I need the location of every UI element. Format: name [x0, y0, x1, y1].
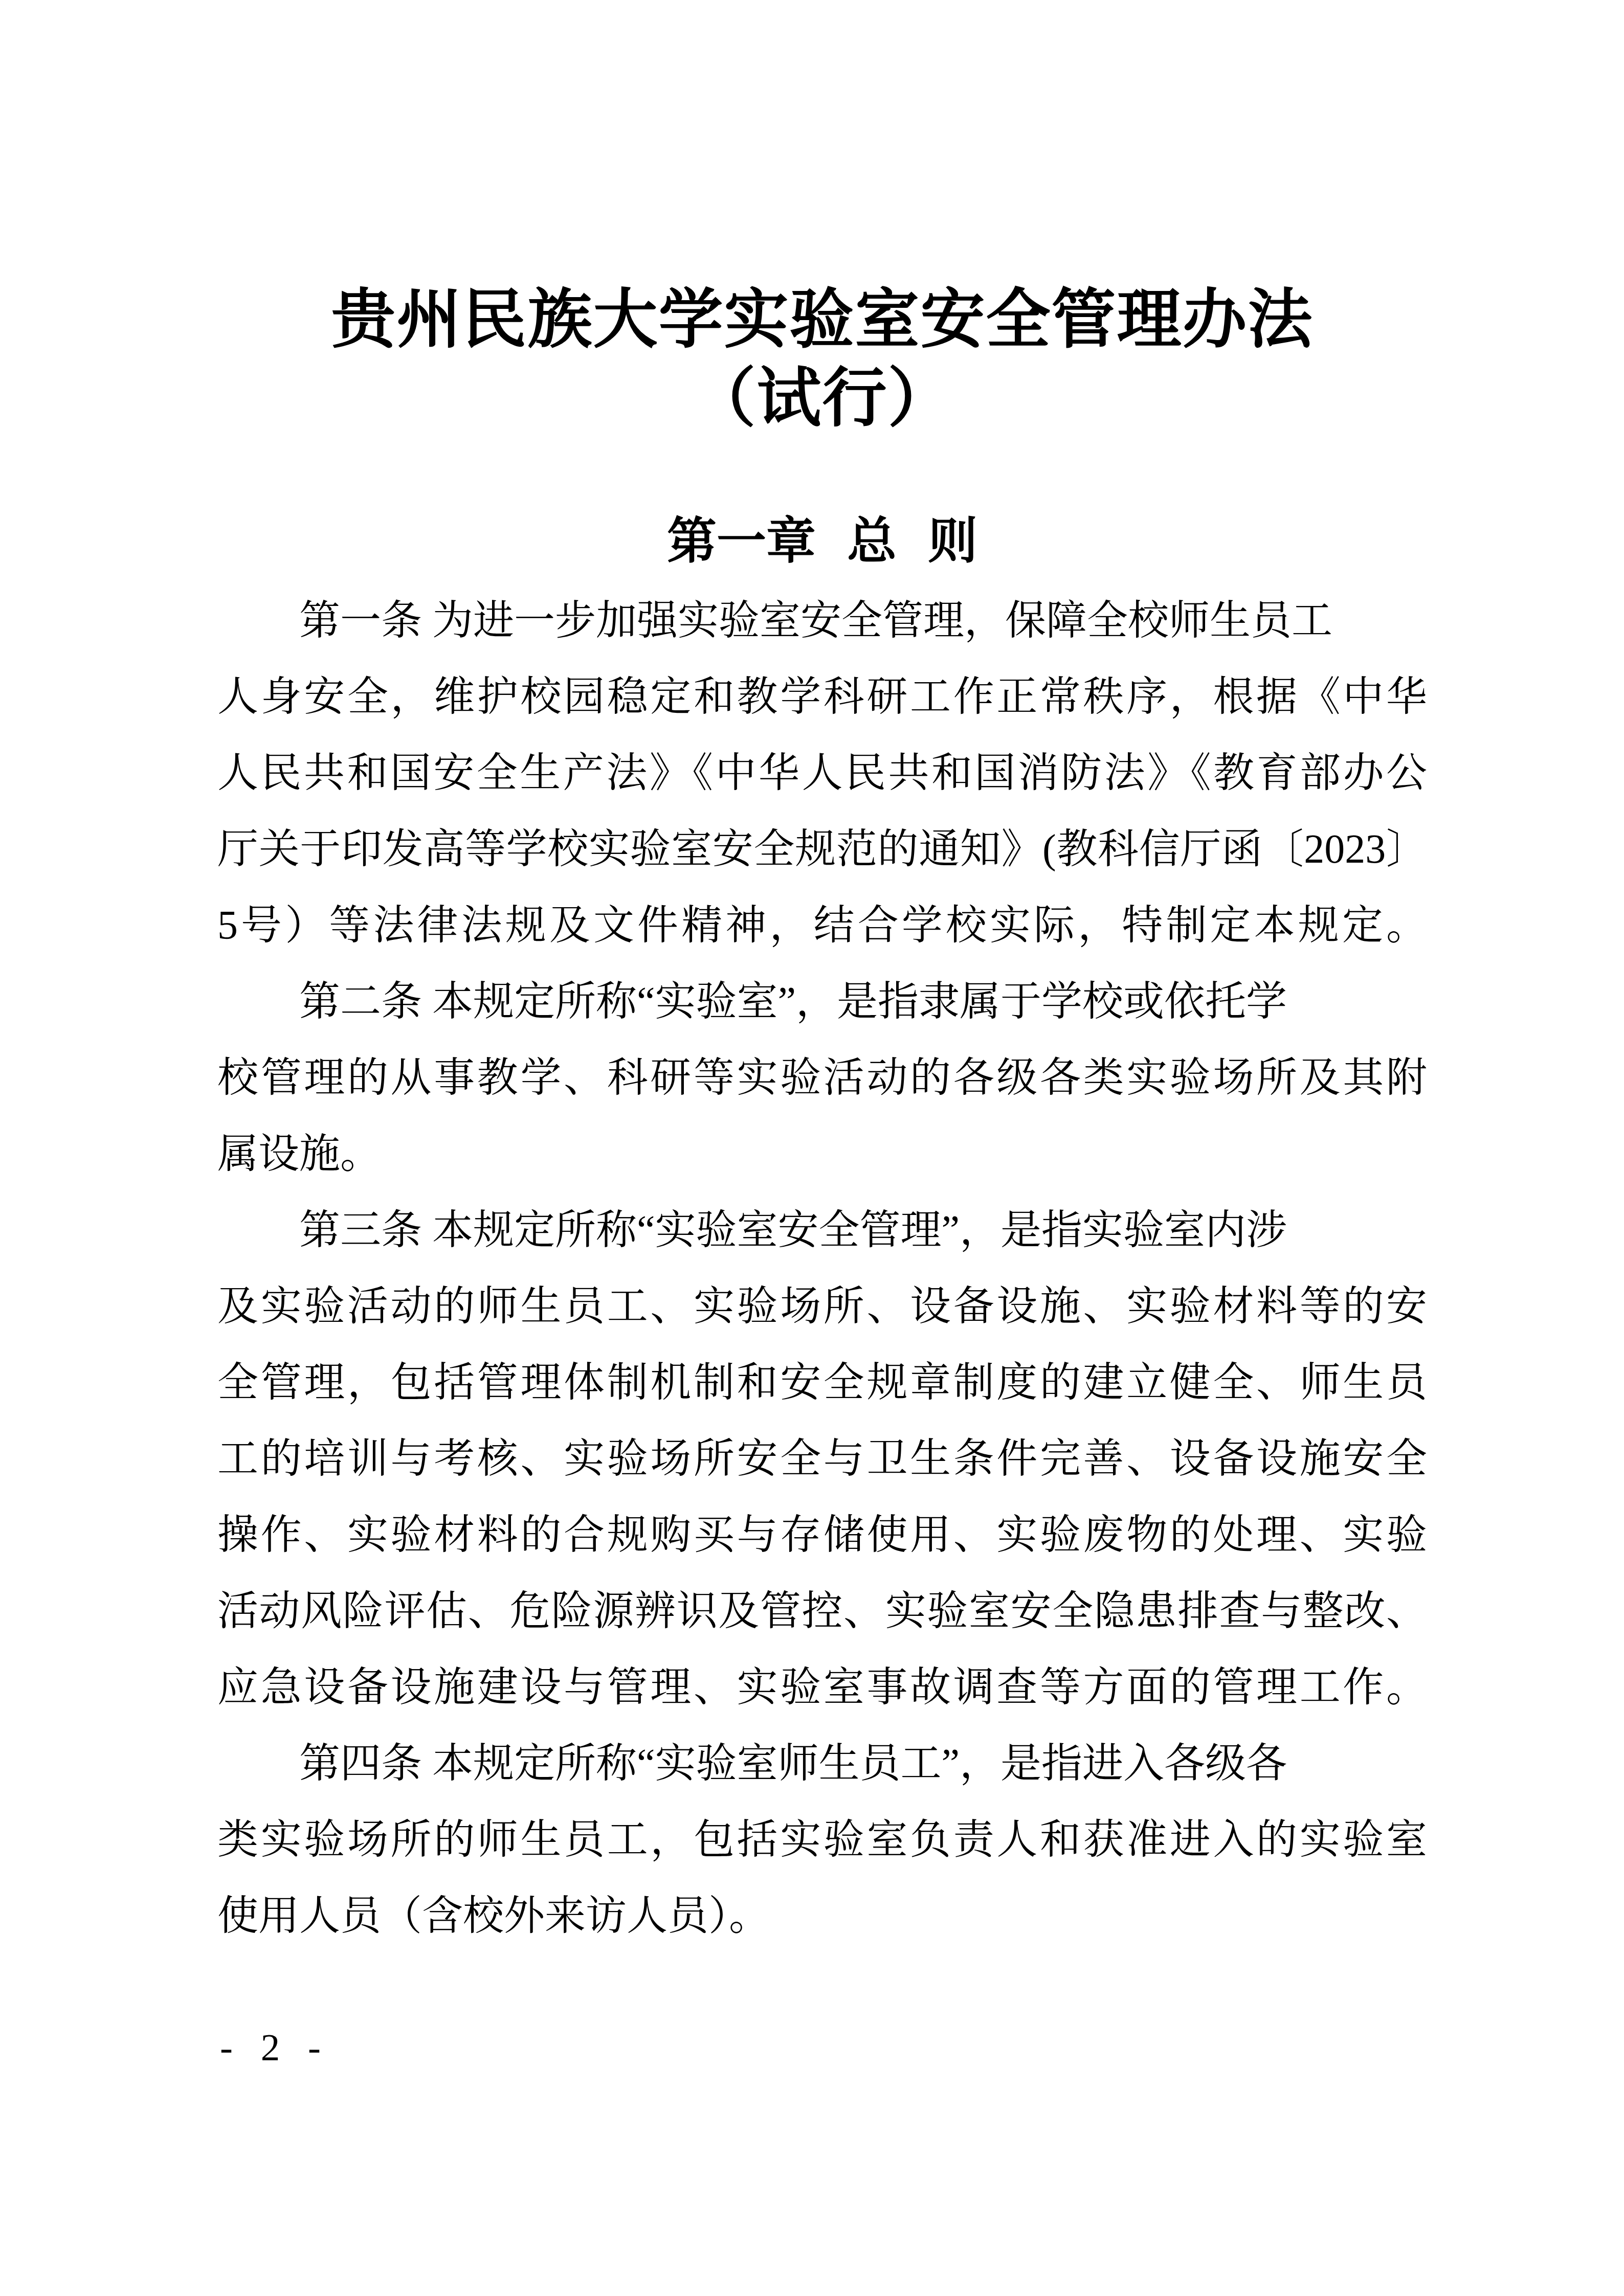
paragraph: 第三条 本规定所称“实验室安全管理”，是指实验室内涉及实验活动的师生员工、实验场…	[217, 1192, 1427, 1726]
paragraph: 第二条 本规定所称“实验室”，是指隶属于学校或依托学校管理的从事教学、科研等实验…	[217, 964, 1427, 1192]
text-line: 厅关于印发高等学校实验室安全规范的通知》(教科信厅函〔2023〕	[217, 812, 1427, 888]
text-line: 人民共和国安全生产法》《中华人民共和国消防法》《教育部办公	[217, 735, 1427, 812]
text-line: 第四条 本规定所称“实验室师生员工”，是指进入各级各	[217, 1726, 1427, 1802]
text-line: 第一条 为进一步加强实验室安全管理，保障全校师生员工	[217, 583, 1427, 659]
text-line: 校管理的从事教学、科研等实验活动的各级各类实验场所及其附	[217, 1040, 1427, 1116]
text-line: 使用人员（含校外来访人员）。	[217, 1878, 1427, 1954]
title-line-2: （试行）	[217, 360, 1427, 439]
text-line: 类实验场所的师生员工，包括实验室负责人和获准进入的实验室	[217, 1802, 1427, 1878]
text-line: 操作、实验材料的合规购买与存储使用、实验废物的处理、实验	[217, 1497, 1427, 1573]
text-line: 及实验活动的师生员工、实验场所、设备设施、实验材料等的安	[217, 1269, 1427, 1345]
chapter-heading: 第一章 总 则	[217, 510, 1427, 572]
title-line-1: 贵州民族大学实验室安全管理办法	[217, 281, 1427, 360]
page-number: - 2 -	[220, 2027, 330, 2069]
page-footer: - 2 -	[220, 2028, 330, 2068]
text-line: 人身安全，维护校园稳定和教学科研工作正常秩序，根据《中华	[217, 659, 1427, 735]
document-page: 贵州民族大学实验室安全管理办法 （试行） 第一章 总 则 第一条 为进一步加强实…	[0, 0, 1624, 2296]
text-line: 全管理，包括管理体制机制和安全规章制度的建立健全、师生员	[217, 1345, 1427, 1421]
document-body: 第一条 为进一步加强实验室安全管理，保障全校师生员工人身安全，维护校园稳定和教学…	[217, 583, 1427, 1954]
text-line: 活动风险评估、危险源辨识及管控、实验室安全隐患排查与整改、	[217, 1573, 1427, 1650]
text-line: 属设施。	[217, 1116, 1427, 1192]
text-line: 第二条 本规定所称“实验室”，是指隶属于学校或依托学	[217, 964, 1427, 1040]
paragraph: 第一条 为进一步加强实验室安全管理，保障全校师生员工人身安全，维护校园稳定和教学…	[217, 583, 1427, 964]
paragraph: 第四条 本规定所称“实验室师生员工”，是指进入各级各类实验场所的师生员工，包括实…	[217, 1726, 1427, 1954]
document-title: 贵州民族大学实验室安全管理办法 （试行）	[217, 281, 1427, 439]
text-line: 5号）等法律法规及文件精神，结合学校实际，特制定本规定。	[217, 888, 1427, 964]
text-line: 工的培训与考核、实验场所安全与卫生条件完善、设备设施安全	[217, 1421, 1427, 1497]
text-line: 第三条 本规定所称“实验室安全管理”，是指实验室内涉	[217, 1192, 1427, 1269]
text-line: 应急设备设施建设与管理、实验室事故调查等方面的管理工作。	[217, 1650, 1427, 1726]
